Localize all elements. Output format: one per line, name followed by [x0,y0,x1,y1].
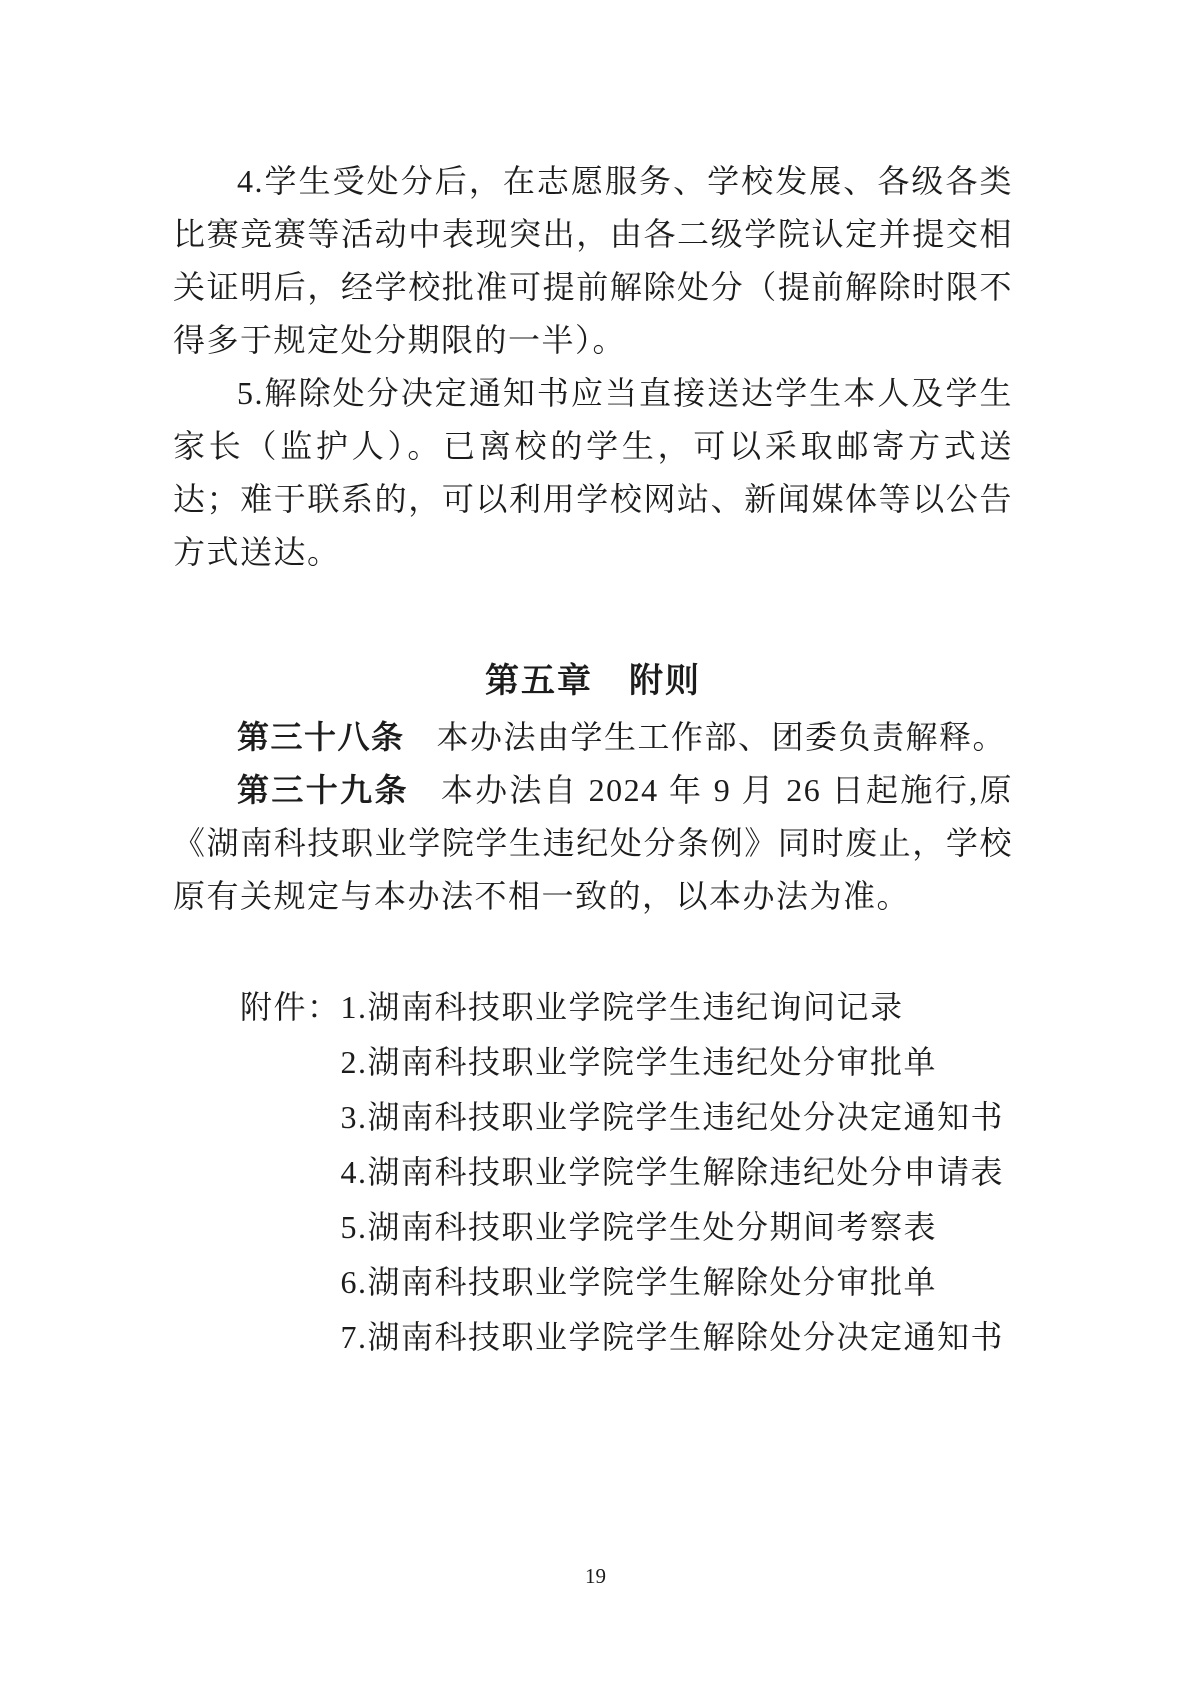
attachment-item-5: 5.湖南科技职业学院学生处分期间考察表 [341,1200,1005,1255]
attachments-list: 1.湖南科技职业学院学生违纪询问记录 2.湖南科技职业学院学生违纪处分审批单 3… [341,980,1005,1365]
attachments-block: 附件： 1.湖南科技职业学院学生违纪询问记录 2.湖南科技职业学院学生违纪处分审… [173,980,1013,1365]
article-39-number: 第三十九条 [237,772,409,808]
attachment-item-3: 3.湖南科技职业学院学生违纪处分决定通知书 [341,1090,1005,1145]
attachment-item-2: 2.湖南科技职业学院学生违纪处分审批单 [341,1035,1005,1090]
article-38-number: 第三十八条 [237,719,405,755]
attachment-item-4: 4.湖南科技职业学院学生解除违纪处分申请表 [341,1145,1005,1200]
paragraph-item-5: 5.解除处分决定通知书应当直接送达学生本人及学生家长（监护人）。已离校的学生，可… [173,367,1013,579]
chapter-heading: 第五章 附则 [173,651,1013,711]
page-number: 19 [0,1562,1191,1590]
attachment-item-7: 7.湖南科技职业学院学生解除处分决定通知书 [341,1310,1005,1365]
paragraph-item-4: 4.学生受处分后，在志愿服务、学校发展、各级各类比赛竞赛等活动中表现突出，由各二… [173,155,1013,367]
document-body: 4.学生受处分后，在志愿服务、学校发展、各级各类比赛竞赛等活动中表现突出，由各二… [173,155,1013,1365]
article-38-text: 本办法由学生工作部、团委负责解释。 [437,719,1007,755]
attachments-label: 附件： [240,980,341,1035]
article-39: 第三十九条本办法自 2024 年 9 月 26 日起施行,原《湖南科技职业学院学… [173,764,1013,923]
document-page: 4.学生受处分后，在志愿服务、学校发展、各级各类比赛竞赛等活动中表现突出，由各二… [0,0,1191,1684]
attachment-item-6: 6.湖南科技职业学院学生解除处分审批单 [341,1255,1005,1310]
article-38: 第三十八条本办法由学生工作部、团委负责解释。 [173,711,1013,764]
attachment-item-1: 1.湖南科技职业学院学生违纪询问记录 [341,980,1005,1035]
